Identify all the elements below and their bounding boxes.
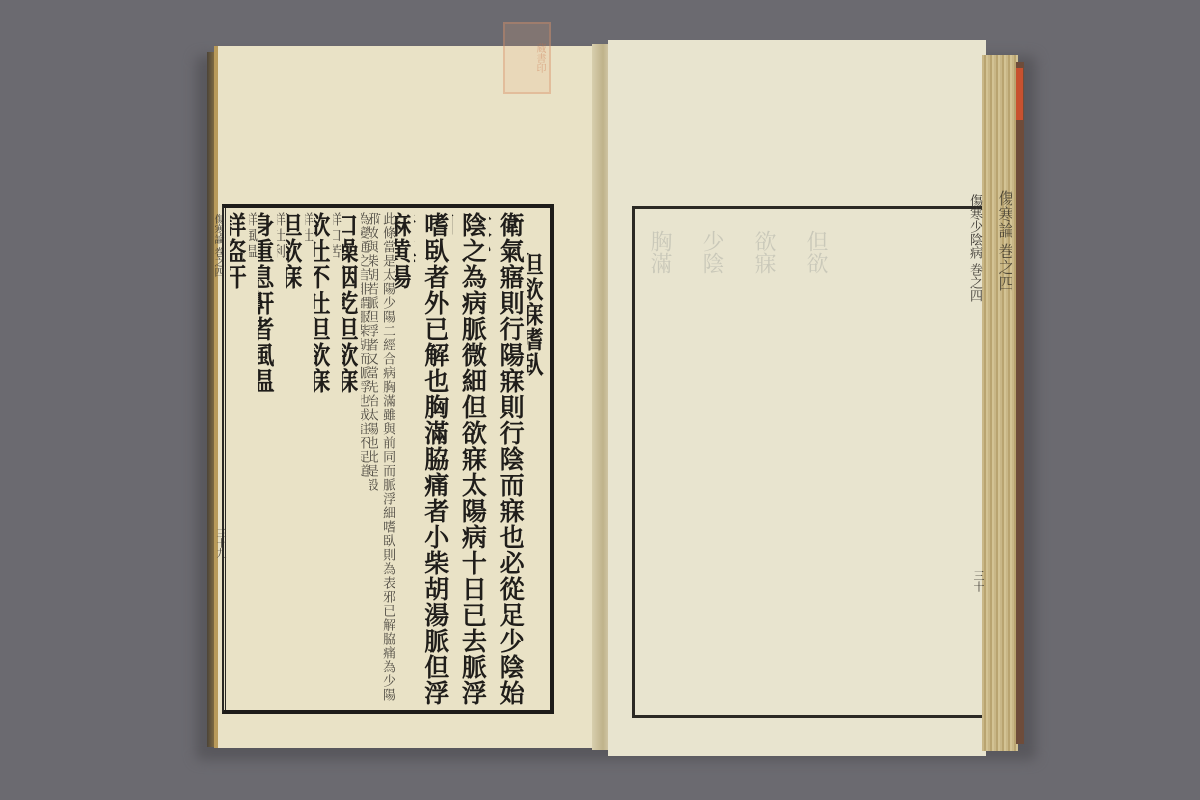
text-column: 口燥咽乾但欲寐 [342,212,361,706]
back-cover-edge [1016,62,1024,744]
library-seal-stamp: 蔵書印 [503,22,551,94]
text-column: 欲吐不吐但欲寐 [314,212,333,706]
commentary-column: 為變通之言非謂服柴胡而脈浮也成註不足道 [361,212,370,706]
cross-reference-note: 詳口苦 [333,212,342,706]
text-column: 詳盜汗 [230,212,249,706]
fore-edge-title: 傷寒論 巻之四 [986,190,1012,420]
left-text-block: 但欲寐嗜臥 衛氣寤則行陽寐則行陰而寐也必從足少陰始故少 陰之為病脈微細但欲寐太陽… [230,212,546,706]
cross-reference-note: 詳吐利 [277,212,286,706]
commentary-column: 此條當是太陽少陽二經合病胸滿雖與前同而脈浮細嗜臥則為表邪已解脇痛為少陽有 [378,212,395,706]
commentary-column: 邪故與柴胡若脈但浮者又當先治太陽也此是設 [369,212,378,706]
text-column: 麻黄湯 [395,212,414,706]
cross-reference-note: 詳吐 [305,212,314,706]
right-print-frame [632,206,982,718]
red-bookmark-tab [1016,68,1023,120]
text-column: 身重息鼾者風温 [258,212,277,706]
text-column-heading: 但欲寐嗜臥 [527,212,546,746]
text-column: 衛氣寤則行陽寐則行陰而寐也必從足少陰始故少 [489,212,527,706]
text-column: 陰之為病脈微細但欲寐太陽病十日已去脈浮細 [452,212,490,706]
text-column: 但欲寐 [286,212,305,706]
right-margin-title: 傷寒少陰病 巻之四 [966,194,984,614]
right-folio-number: 三十 [970,570,986,592]
cross-reference-note: 詳風温 [249,212,258,706]
text-column: 嗜臥者外已解也胸滿脇痛者小柴胡湯脈但浮者與 [414,212,452,706]
